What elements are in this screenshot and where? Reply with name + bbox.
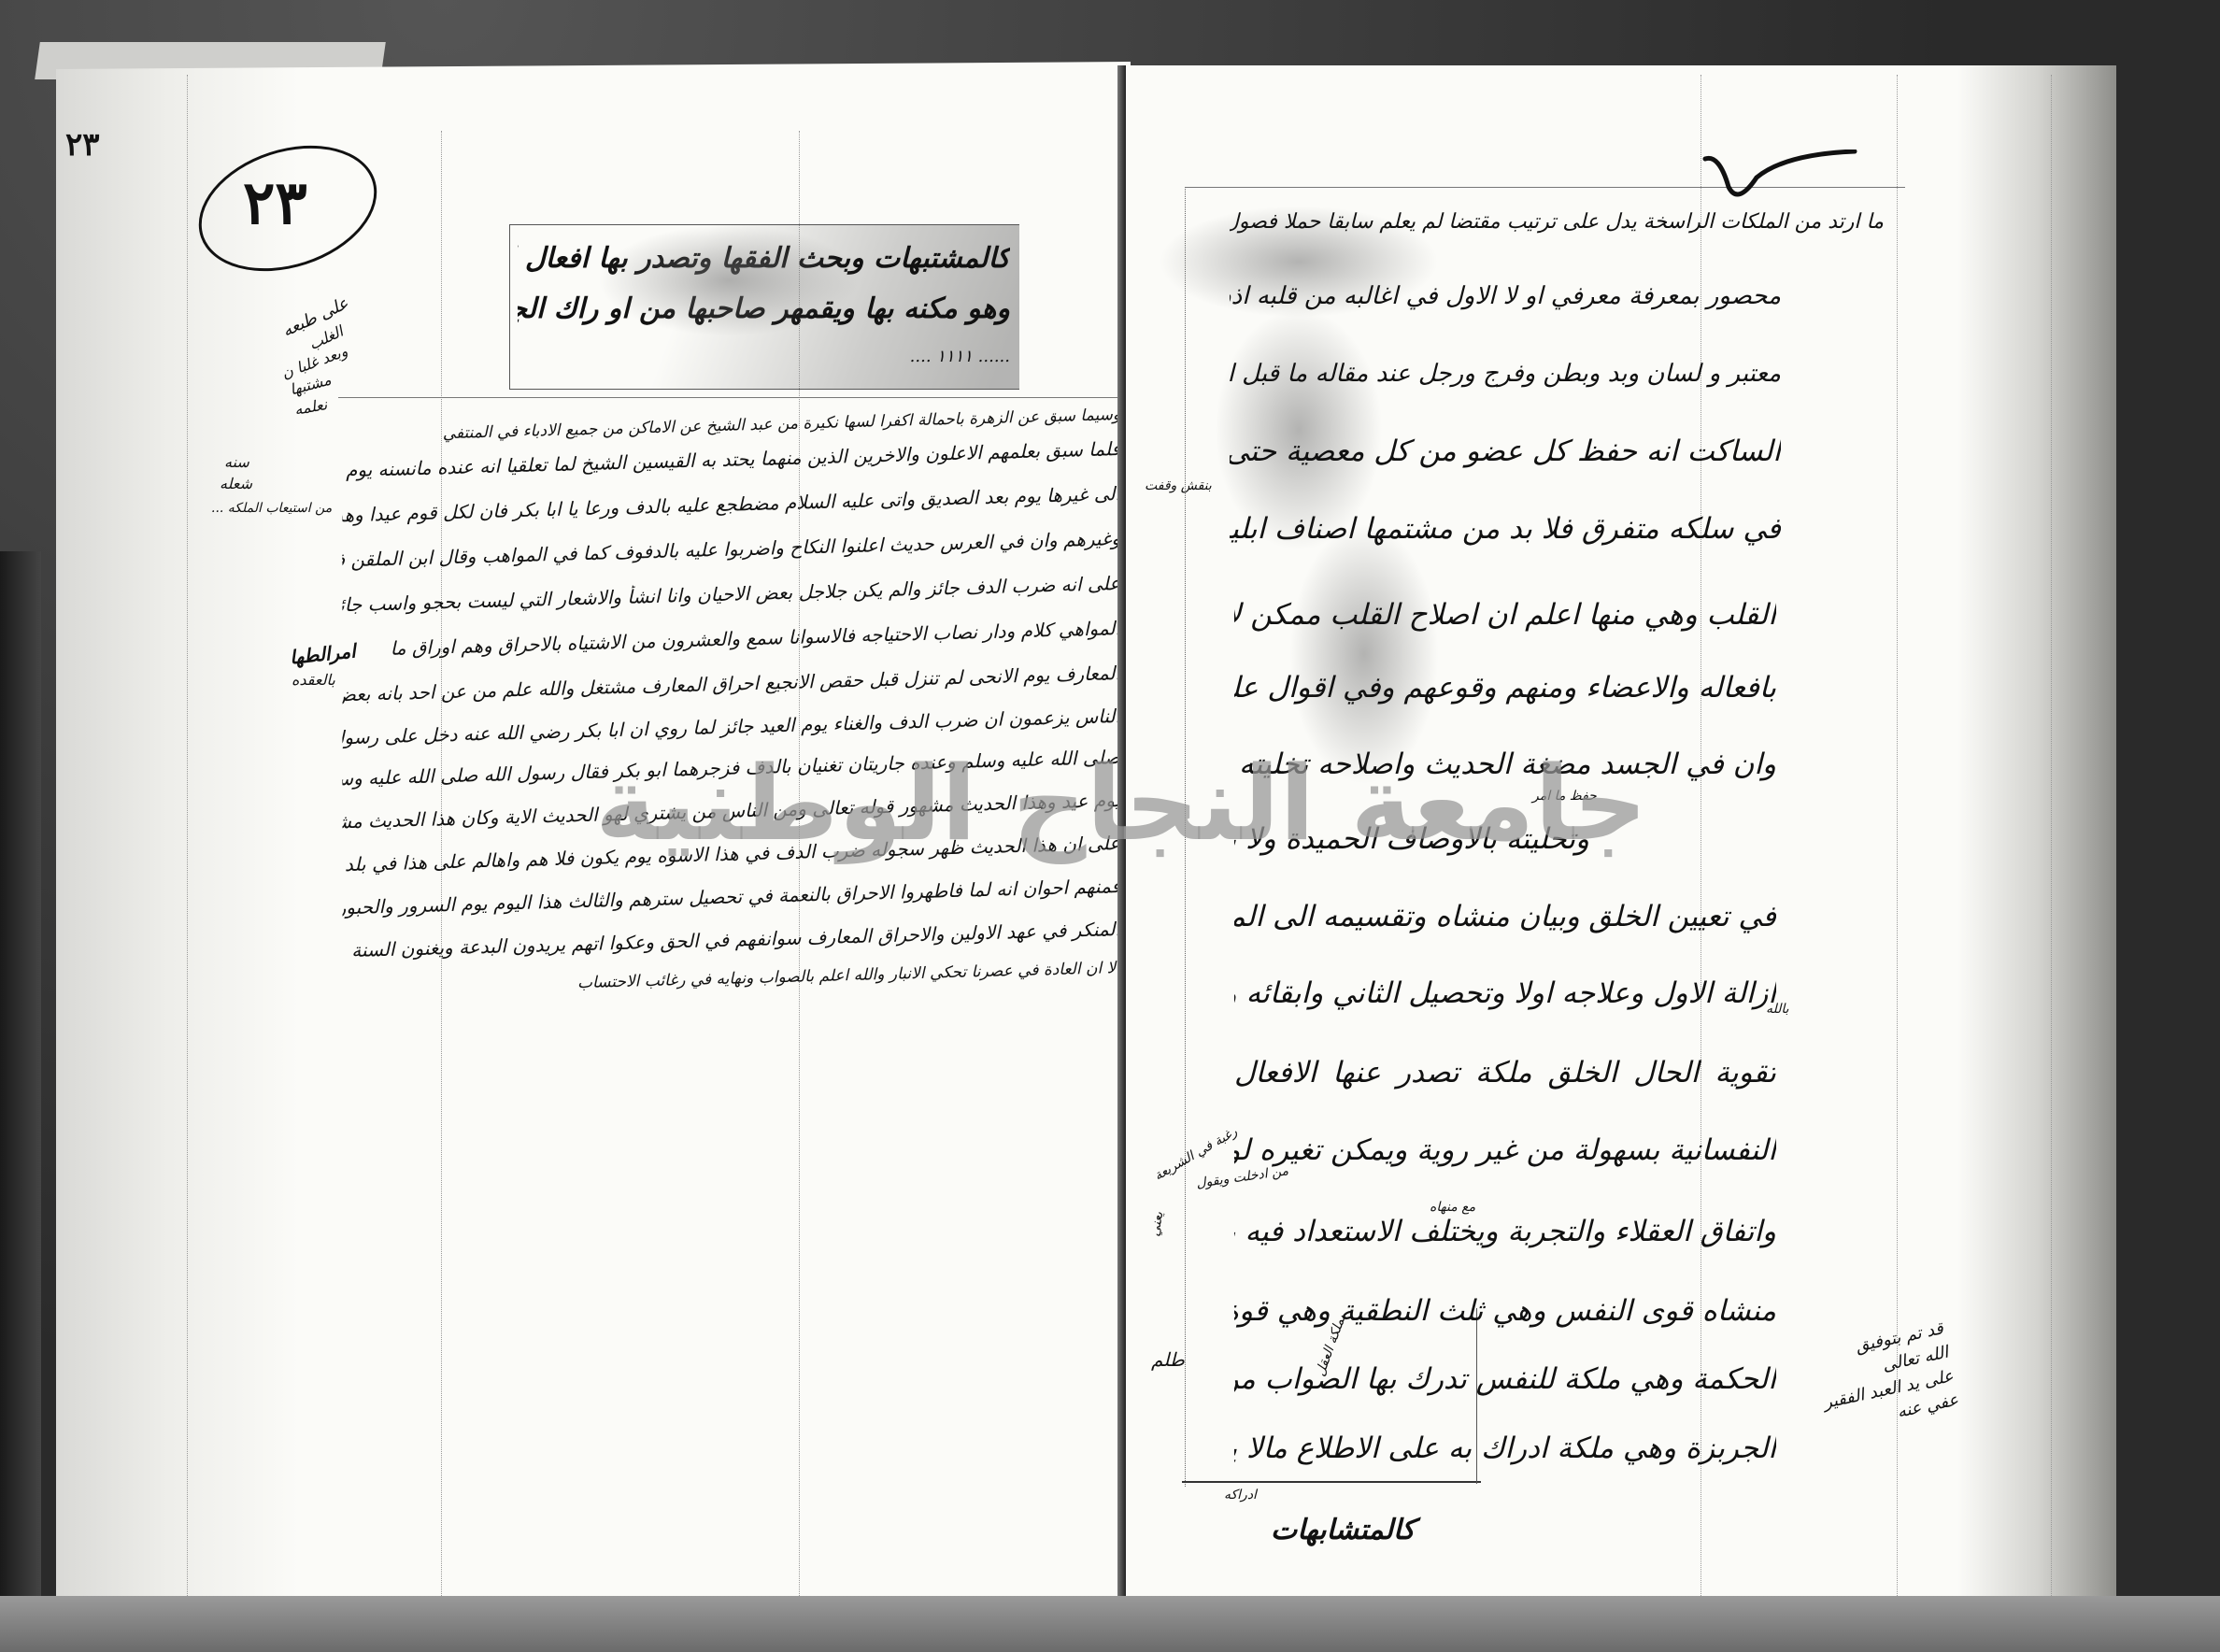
text-line: على انه ضرب الدف جائز والم يكن جلاجل بعض… — [342, 572, 1120, 616]
text-line: الجربزة وهي ملكة ادراك به على الاطلاع ما… — [1234, 1431, 1776, 1465]
text-line: في سلكه متفرق فلا بد من مشتمها اصناف ابل… — [1230, 512, 1781, 546]
text-line: وتحليته بالاوصاف الحميدة ولا بد من فصل — [1234, 822, 1589, 856]
text-line: محصور بمعرفة معرفي او لا الاول في اغالبه… — [1230, 282, 1781, 310]
book-edge — [0, 551, 41, 1652]
text-line: صلى الله عليه وسلم وعنده جاريتان تغنيان … — [342, 746, 1120, 790]
margin-note: بنقش وقفت — [1145, 477, 1212, 495]
text-line: المنكر في عهد الاولين والاحراق المعارف س… — [342, 918, 1120, 961]
text-line: الساكت انه حفظ كل عضو من كل معصية حتى يك… — [1230, 434, 1781, 468]
text-line: فلما سبق بعلمهم الاعلون والاخرين الذين م… — [342, 437, 1120, 481]
text-line: ما ارتد من الملكات الراسخة يدل على ترتيب… — [1230, 210, 1884, 234]
right-page-ruling — [2051, 75, 2052, 1607]
text-line: على ان هذا الحديث ظهر سجوله ضرب الدف في … — [342, 832, 1120, 876]
text-line: وغيرهم وان في العرس حديث اعلنوا النكاح و… — [342, 527, 1120, 571]
margin-note: بالله — [1766, 1000, 1789, 1018]
marginal-note: شعله — [220, 475, 252, 493]
text-line: ازالة الاول وعلاجه اولا وتحصيل الثاني وا… — [1234, 976, 1776, 1010]
folio-number: ٢٣ — [243, 168, 307, 238]
text-line: تقوية الحال الخلق ملكة تصدر عنها الافعال — [1234, 1056, 1776, 1089]
text-line: بافعاله والاعضاء ومنهم وقوعهم وفي اقوال … — [1234, 671, 1776, 705]
scan-bottom-edge — [0, 1596, 2220, 1652]
text-line: في تعيين الخلق وبيان منشاه وتقسيمه الى ا… — [1234, 900, 1776, 933]
text-line: القلب وهي منها اعلم ان اصلاح القلب ممكن … — [1234, 598, 1776, 632]
text-line: واتفاق العقلاء والتجربة ويختلف الاستعداد… — [1234, 1215, 1776, 1248]
text-line: وان في الجسد مضغة الحديث واصلاحه تخليته … — [1234, 748, 1776, 781]
flourish-mark — [1701, 150, 1859, 206]
frame-rule — [1182, 1481, 1481, 1483]
water-stain — [598, 224, 860, 336]
edge-page-number: ٢٣ — [65, 126, 100, 164]
left-insert-text-block: وسيما سبق عن الزهرة باحمالة اكفرا لسها ن… — [338, 397, 1128, 1033]
interlinear-note: مع منهاه — [1430, 1198, 1475, 1217]
text-line: يوم عيد وهذا الحديث مشهور قوله تعالى ومن… — [342, 789, 1120, 833]
text-line: منشاه قوى النفس وهي ثلث النطقية وهي قوة … — [1234, 1294, 1776, 1328]
text-line: المعارف يوم الانحى لم تنزل قبل حقص الانج… — [342, 662, 1120, 705]
interlinear-note: ادراكه — [1224, 1486, 1257, 1504]
text-line: الى غيرها يوم بعد الصديق واتى عليه السلا… — [342, 482, 1120, 526]
margin-note: طلم — [1151, 1350, 1185, 1369]
marginal-note: من استيعاب الملكه ... — [211, 499, 332, 518]
text-line: الا ان العادة في عصرنا تحكي الانبار والل… — [342, 959, 1120, 999]
left-page-ruling — [187, 75, 188, 1607]
text-line: فمنهم احوان انه لما فاطهروا الاحراق بالن… — [342, 875, 1120, 919]
text-line: النفسانية بسهولة من غير روية ويمكن تغيره… — [1234, 1133, 1776, 1167]
text-line: معتبر و لسان وبد وبطن وفرج ورجل عند مقال… — [1230, 360, 1781, 388]
closing-catchword: كالمتشابهات — [1271, 1514, 1415, 1546]
interlinear-note: حفظ ما امر — [1532, 787, 1597, 805]
text-line: الناس يزعمون ان ضرب الدف والغناء يوم الع… — [342, 705, 1120, 748]
heading-underline-text: ...... ١١١١ .... — [518, 347, 1010, 366]
marginal-note: بالعقده — [292, 671, 335, 690]
text-line: المواهي كلام ودار نصاب الاحتياجه فالاسوا… — [342, 617, 1120, 661]
marginal-note: سنه — [224, 453, 249, 472]
